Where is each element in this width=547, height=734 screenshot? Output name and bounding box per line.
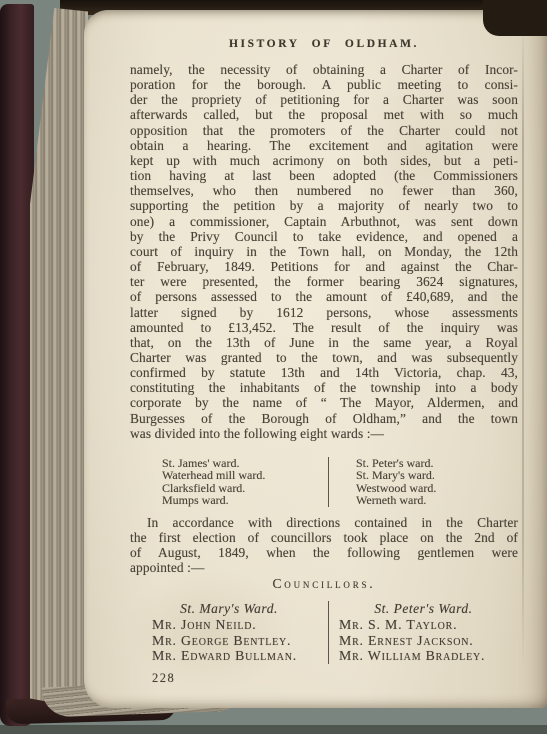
text-line: corporate by the name of “ The Mayor, Al… [130, 395, 518, 410]
text-line: ter were presented, the former bearing 3… [130, 274, 518, 289]
text-line: constituting the inhabitants of the town… [130, 380, 518, 395]
text-line: Charter was granted to the town, and was… [130, 350, 518, 365]
text-line: tion having at last been adopted (the Co… [130, 168, 518, 183]
ward-list-right-column: St. Peter's ward.St. Mary's ward.Westwoo… [329, 457, 436, 507]
book-top-right-corner [483, 0, 547, 36]
councillors-left-column: St. Mary's Ward. Mr. John Neild.Mr. Geor… [130, 601, 329, 664]
text-line: by the Privy Council to take evidence, a… [130, 229, 518, 244]
ward-list: St. James' ward.Waterhead mill ward.Clar… [130, 457, 518, 507]
text-line: poration for the borough. A public meeti… [130, 77, 518, 92]
text-line: was divided into the following eight war… [130, 426, 518, 441]
gutter-crease [522, 24, 524, 666]
councillor-name: Mr. John Neild. [152, 617, 328, 633]
text-line: Burgesses of the Borough of Oldham,” and… [130, 411, 518, 426]
ward-list-item: St. Mary's ward. [356, 469, 436, 481]
text-line: court of inquiry in the Town hall, on Mo… [130, 244, 518, 259]
councillors-table: St. Mary's Ward. Mr. John Neild.Mr. Geor… [130, 601, 518, 664]
book-scan-scene: HISTORY OF OLDHAM. namely, the necessity… [0, 0, 547, 734]
councillor-name: Mr. Ernest Jackson. [339, 633, 518, 649]
body-paragraph-2: In accordance with directions contained … [130, 515, 518, 576]
councillor-name: Mr. George Bentley. [152, 633, 328, 649]
text-line: In accordance with directions contained … [130, 515, 518, 530]
councillor-name: Mr. S. M. Taylor. [339, 617, 518, 633]
body-paragraph-1: namely, the necessity of obtaining a Cha… [130, 62, 518, 441]
councillors-right-column: St. Peter's Ward. Mr. S. M. Taylor.Mr. E… [329, 601, 518, 664]
councillor-name: Mr. William Bradley. [339, 648, 518, 664]
text-line: of persons assessed to the amount of £40… [130, 289, 518, 304]
ward-list-left-column: St. James' ward.Waterhead mill ward.Clar… [130, 457, 329, 507]
text-line: kept up with much acrimony on both sides… [130, 153, 518, 168]
ward-list-item: Mumps ward. [162, 494, 328, 506]
councillor-name: Mr. Edward Bullman. [152, 648, 328, 664]
councillor-name-list: Mr. John Neild.Mr. George Bentley.Mr. Ed… [130, 617, 328, 664]
text-line: themselves, who then numbered no fewer t… [130, 183, 518, 198]
ward-column-header: St. Peter's Ward. [329, 601, 518, 617]
text-line: of August, 1849, when the following gent… [130, 545, 518, 560]
text-line: afterwards called, but the proposal met … [130, 107, 518, 122]
text-line: of February, 1849. Petitions for and aga… [130, 259, 518, 274]
book-cover [0, 4, 34, 726]
ward-list-item: Waterhead mill ward. [162, 469, 328, 481]
page-number: 228 [152, 671, 175, 686]
book-page: HISTORY OF OLDHAM. namely, the necessity… [84, 10, 547, 708]
councillor-name-list: Mr. S. M. Taylor.Mr. Ernest Jackson.Mr. … [329, 617, 518, 664]
page-edges [30, 8, 88, 709]
text-line: one) a commissioner, Captain Arbuthnot, … [130, 214, 518, 229]
running-header: HISTORY OF OLDHAM. [130, 38, 518, 50]
text-line: namely, the necessity of obtaining a Cha… [130, 62, 518, 77]
text-line: obtain a hearing. The excitement and agi… [130, 138, 518, 153]
text-line: appointed :— [130, 560, 518, 575]
text-line: der the propriety of petitioning for a C… [130, 92, 518, 107]
text-line: latter signed by 1612 persons, whose ass… [130, 305, 518, 320]
text-line: that, on the 13th of June in the same ye… [130, 335, 518, 350]
text-line: opposition that the promoters of the Cha… [130, 123, 518, 138]
ward-column-header: St. Mary's Ward. [130, 601, 328, 617]
text-line: supporting the petition by a majority of… [130, 198, 518, 213]
text-line: the first election of councillors took p… [130, 530, 518, 545]
text-line: confirmed by statute 13th and 14th Victo… [130, 365, 518, 380]
ward-list-item: Werneth ward. [356, 494, 436, 506]
text-line: amounted to £13,452. The result of the i… [130, 320, 518, 335]
councillors-heading: Councillors. [130, 576, 518, 592]
scan-background-bottom [0, 725, 547, 734]
